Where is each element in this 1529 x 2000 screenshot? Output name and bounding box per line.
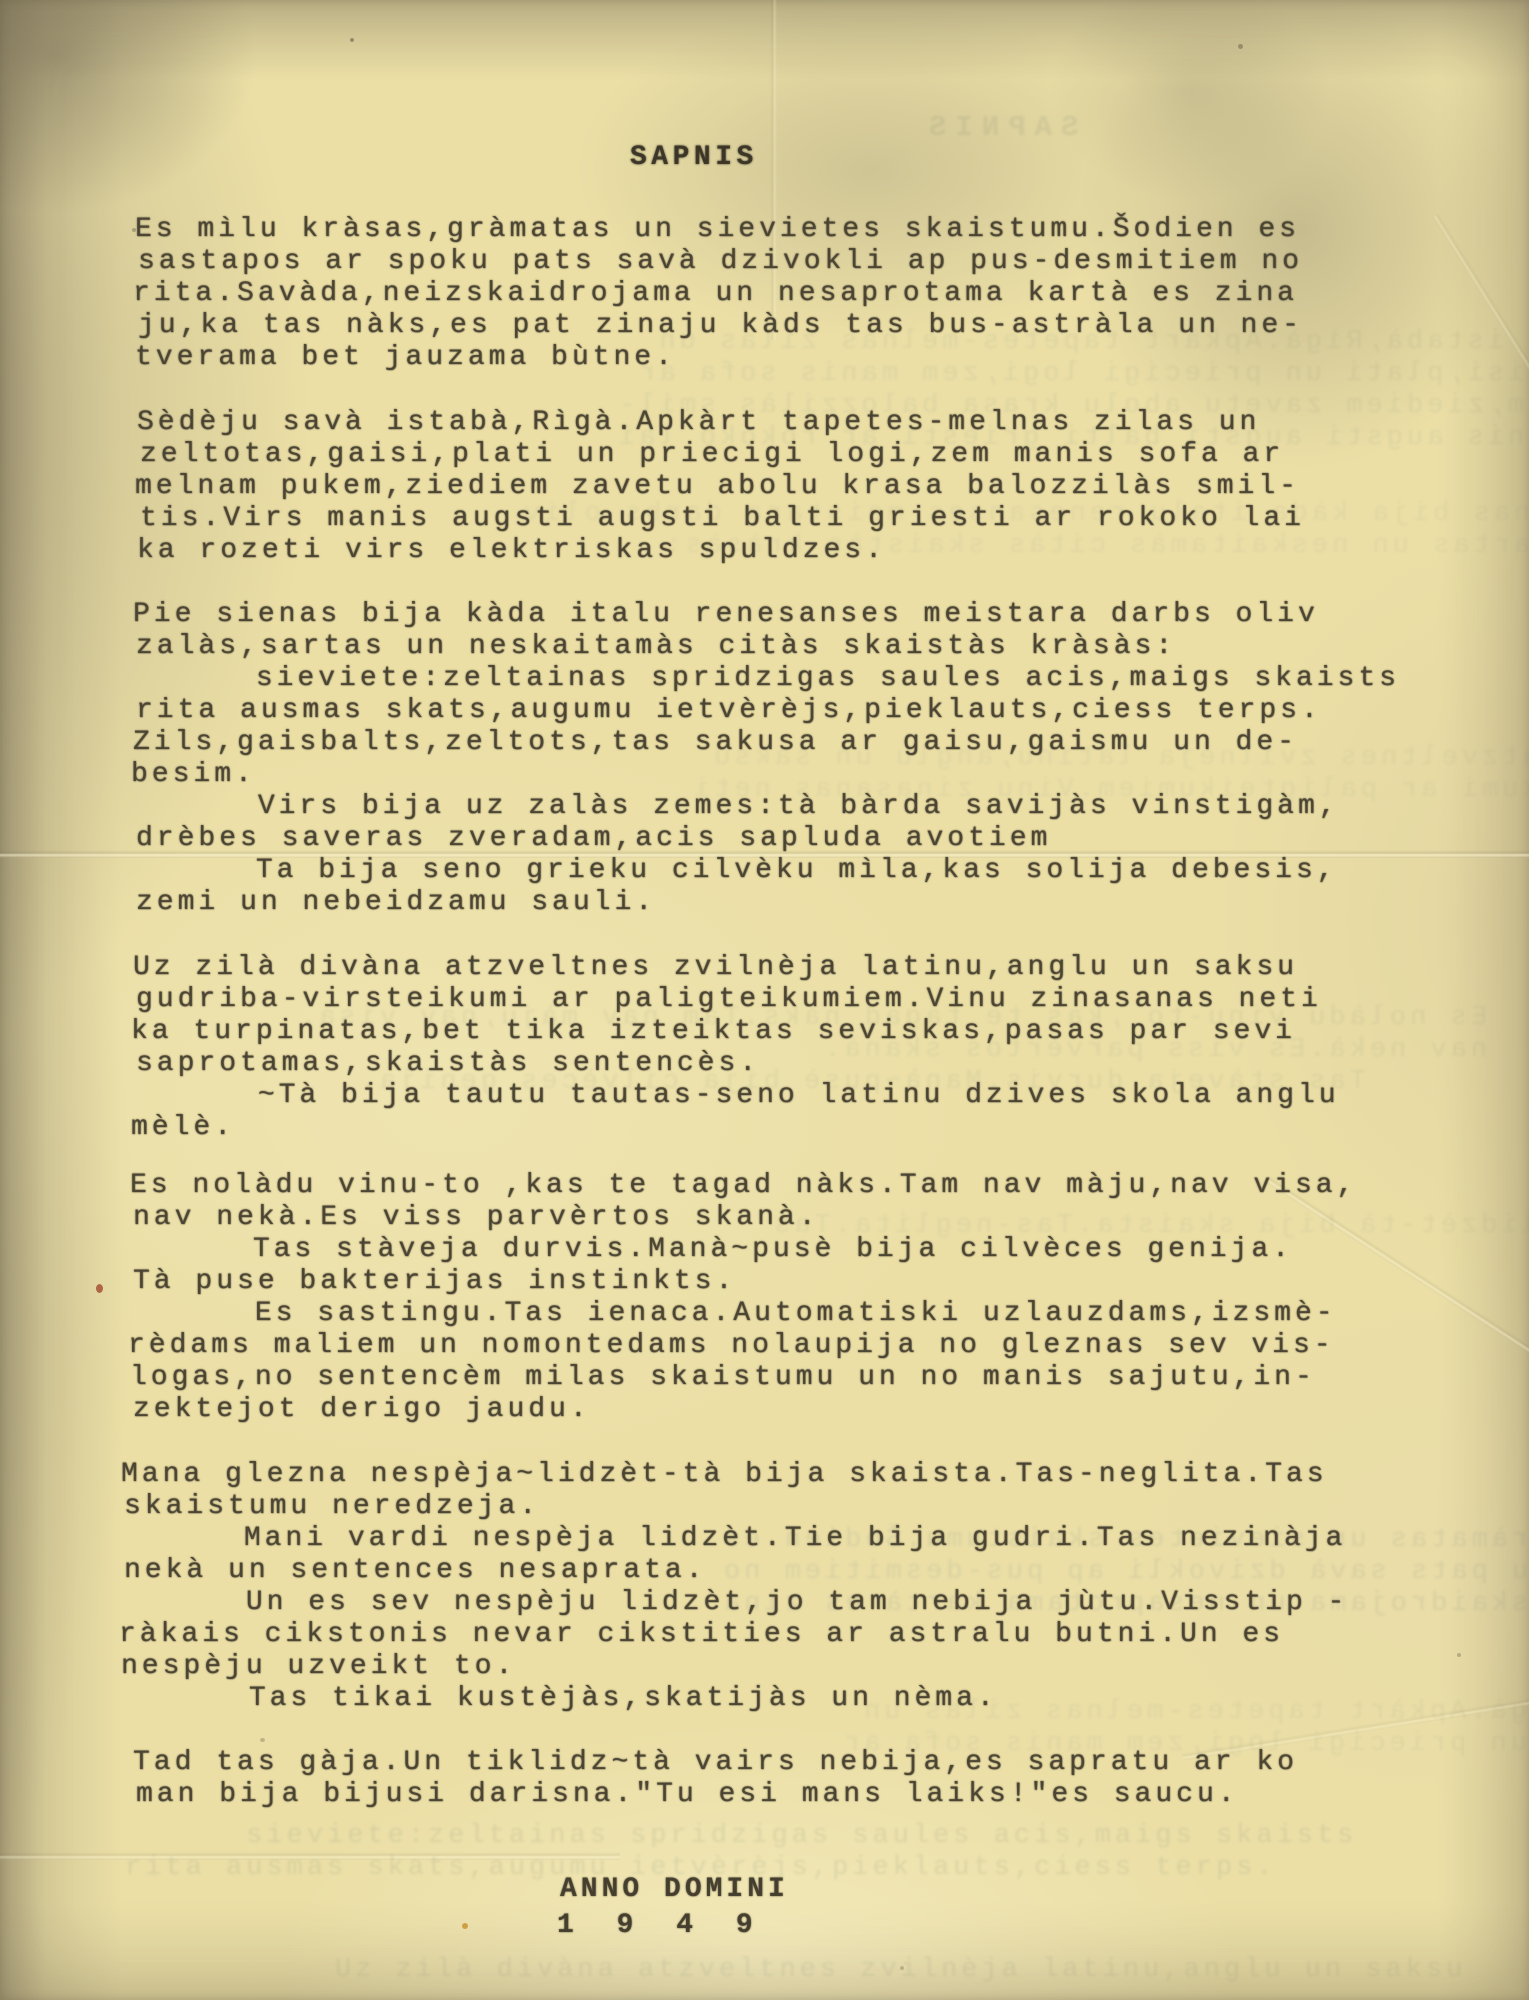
text-line: Ta bija seno grieku cilvèku mìla,kas sol…: [131, 855, 1400, 887]
text-line: saprotamas,skaistàs sentencès.: [136, 1048, 1343, 1080]
text-line: drèbes saveras zveradam,acis sapluda avo…: [136, 823, 1405, 855]
text-line: sieviete:zeltainas spridzigas saules aci…: [131, 663, 1400, 695]
text-line: gudriba-virsteikumi ar paligteikumiem.Vi…: [136, 984, 1343, 1016]
footer-anno-domini: ANNO DOMINI: [560, 1874, 789, 1906]
text-line: Tà puse bakterijas instinkts.: [133, 1266, 1360, 1298]
ink-speck: [1238, 44, 1243, 49]
paragraph-2: Sèdèju savà istabà,Rìgà.Apkàrt tapetes-m…: [137, 407, 1302, 567]
text-line: Es sastingu.Tas ienaca.Automatiski uzlau…: [130, 1298, 1357, 1330]
text-line: Tas stàveja durvis.Manà~pusè bija cilvèc…: [128, 1234, 1355, 1266]
text-line: Es nolàdu vinu-to ,kas te tagad nàks.Tam…: [130, 1170, 1357, 1202]
paragraph-5: Es nolàdu vinu-to ,kas te tagad nàks.Tam…: [130, 1170, 1357, 1426]
ink-speck: [96, 1284, 103, 1293]
document-title: SAPNIS: [630, 142, 758, 174]
paragraph-6: Mana glezna nespèja~lidzèt-tà bija skais…: [121, 1459, 1348, 1715]
text-line: Sèdèju savà istabà,Rìgà.Apkàrt tapetes-m…: [137, 407, 1302, 439]
text-line: ka rozeti virs elektriskas spuldzes.: [137, 535, 1302, 567]
ink-speck: [350, 38, 354, 42]
text-line: nespèju uzveikt to.: [121, 1651, 1348, 1683]
text-line: Tas tikai kustèjàs,skatijàs un nèma.: [124, 1683, 1351, 1715]
text-line: ràkais cikstonis nevar cikstities ar ast…: [119, 1619, 1346, 1651]
text-line: Uz zilà divàna atzveltnes zvilnèja latin…: [133, 952, 1340, 984]
text-line: logas,no sentencèm milas skaistumu un no…: [130, 1362, 1357, 1394]
text-line: rita ausmas skats,augumu ietvèrèjs,piekl…: [136, 695, 1405, 727]
text-line: Tad tas gàja.Un tiklidz~tà vairs nebija,…: [133, 1747, 1298, 1779]
text-line: rita.Savàda,neizskaidrojama un nesaprota…: [133, 278, 1298, 310]
text-line: Pie sienas bija kàda italu renesanses me…: [133, 599, 1402, 631]
text-line: Mani vardi nespèja lidzèt.Tie bija gudri…: [119, 1523, 1346, 1555]
text-line: zemi un nebeidzamu sauli.: [136, 887, 1405, 919]
text-line: Es mìlu kràsas,gràmatas un sievietes ska…: [135, 214, 1300, 246]
text-line: ~Tà bija tautu tautas-seno latinu dzives…: [133, 1080, 1340, 1112]
text-line: ju,ka tas nàks,es pat zinaju kàds tas bu…: [138, 310, 1303, 342]
text-line: besim.: [131, 759, 1400, 791]
text-line: tverama bet jauzama bùtne.: [135, 342, 1300, 374]
bleedthrough-ghost-text: SAPNIS: [920, 112, 1078, 144]
ink-speck: [1457, 1653, 1461, 1657]
text-line: skaistumu neredzeja.: [124, 1491, 1351, 1523]
paragraph-4: Uz zilà divàna atzveltnes zvilnèja latin…: [133, 952, 1340, 1144]
text-line: Virs bija uz zalàs zemes:tà bàrda savijà…: [133, 791, 1402, 823]
ink-speck: [260, 1738, 265, 1742]
text-line: nav nekà.Es viss parvèrtos skanà.: [133, 1202, 1360, 1234]
scanned-page: SAPNISSèdèju savà istabà,Rìgà.Apkàrt tap…: [0, 0, 1529, 2000]
ink-speck: [462, 1923, 468, 1929]
text-line: melnam pukem,ziediem zavetu abolu krasa …: [135, 471, 1300, 503]
paragraph-7: Tad tas gàja.Un tiklidz~tà vairs nebija,…: [133, 1747, 1298, 1811]
text-line: zeltotas,gaisi,plati un priecigi logi,ze…: [140, 439, 1305, 471]
text-line: zektejot derigo jaudu.: [133, 1394, 1360, 1426]
text-line: mèlè.: [131, 1112, 1338, 1144]
text-line: sastapos ar spoku pats savà dzivokli ap …: [138, 246, 1303, 278]
text-line: Mana glezna nespèja~lidzèt-tà bija skais…: [121, 1459, 1348, 1491]
text-line: nekà un sentences nesaprata.: [124, 1555, 1351, 1587]
text-line: man bija bijusi darisna."Tu esi mans lai…: [136, 1779, 1301, 1811]
paragraph-3: Pie sienas bija kàda italu renesanses me…: [133, 599, 1402, 919]
text-line: tis.Virs manis augsti augsti balti gries…: [140, 503, 1305, 535]
text-line: rèdams maliem un nomontedams nolaupija n…: [128, 1330, 1355, 1362]
text-line: ka turpinatas,bet tika izteiktas seviska…: [131, 1016, 1338, 1048]
footer-year: 1 9 4 9: [557, 1910, 766, 1942]
text-line: Zils,gaisbalts,zeltots,tas sakusa ar gai…: [133, 727, 1402, 759]
text-line: Un es sev nespèju lidzèt,jo tam nebija j…: [121, 1587, 1348, 1619]
paragraph-1: Es mìlu kràsas,gràmatas un sievietes ska…: [135, 214, 1300, 374]
bleedthrough-ghost-text: Uz zilà divàna atzveltnes zvilnèja latin…: [335, 1954, 1466, 1986]
text-line: zalàs,sartas un neskaitamàs citàs skaist…: [136, 631, 1405, 663]
